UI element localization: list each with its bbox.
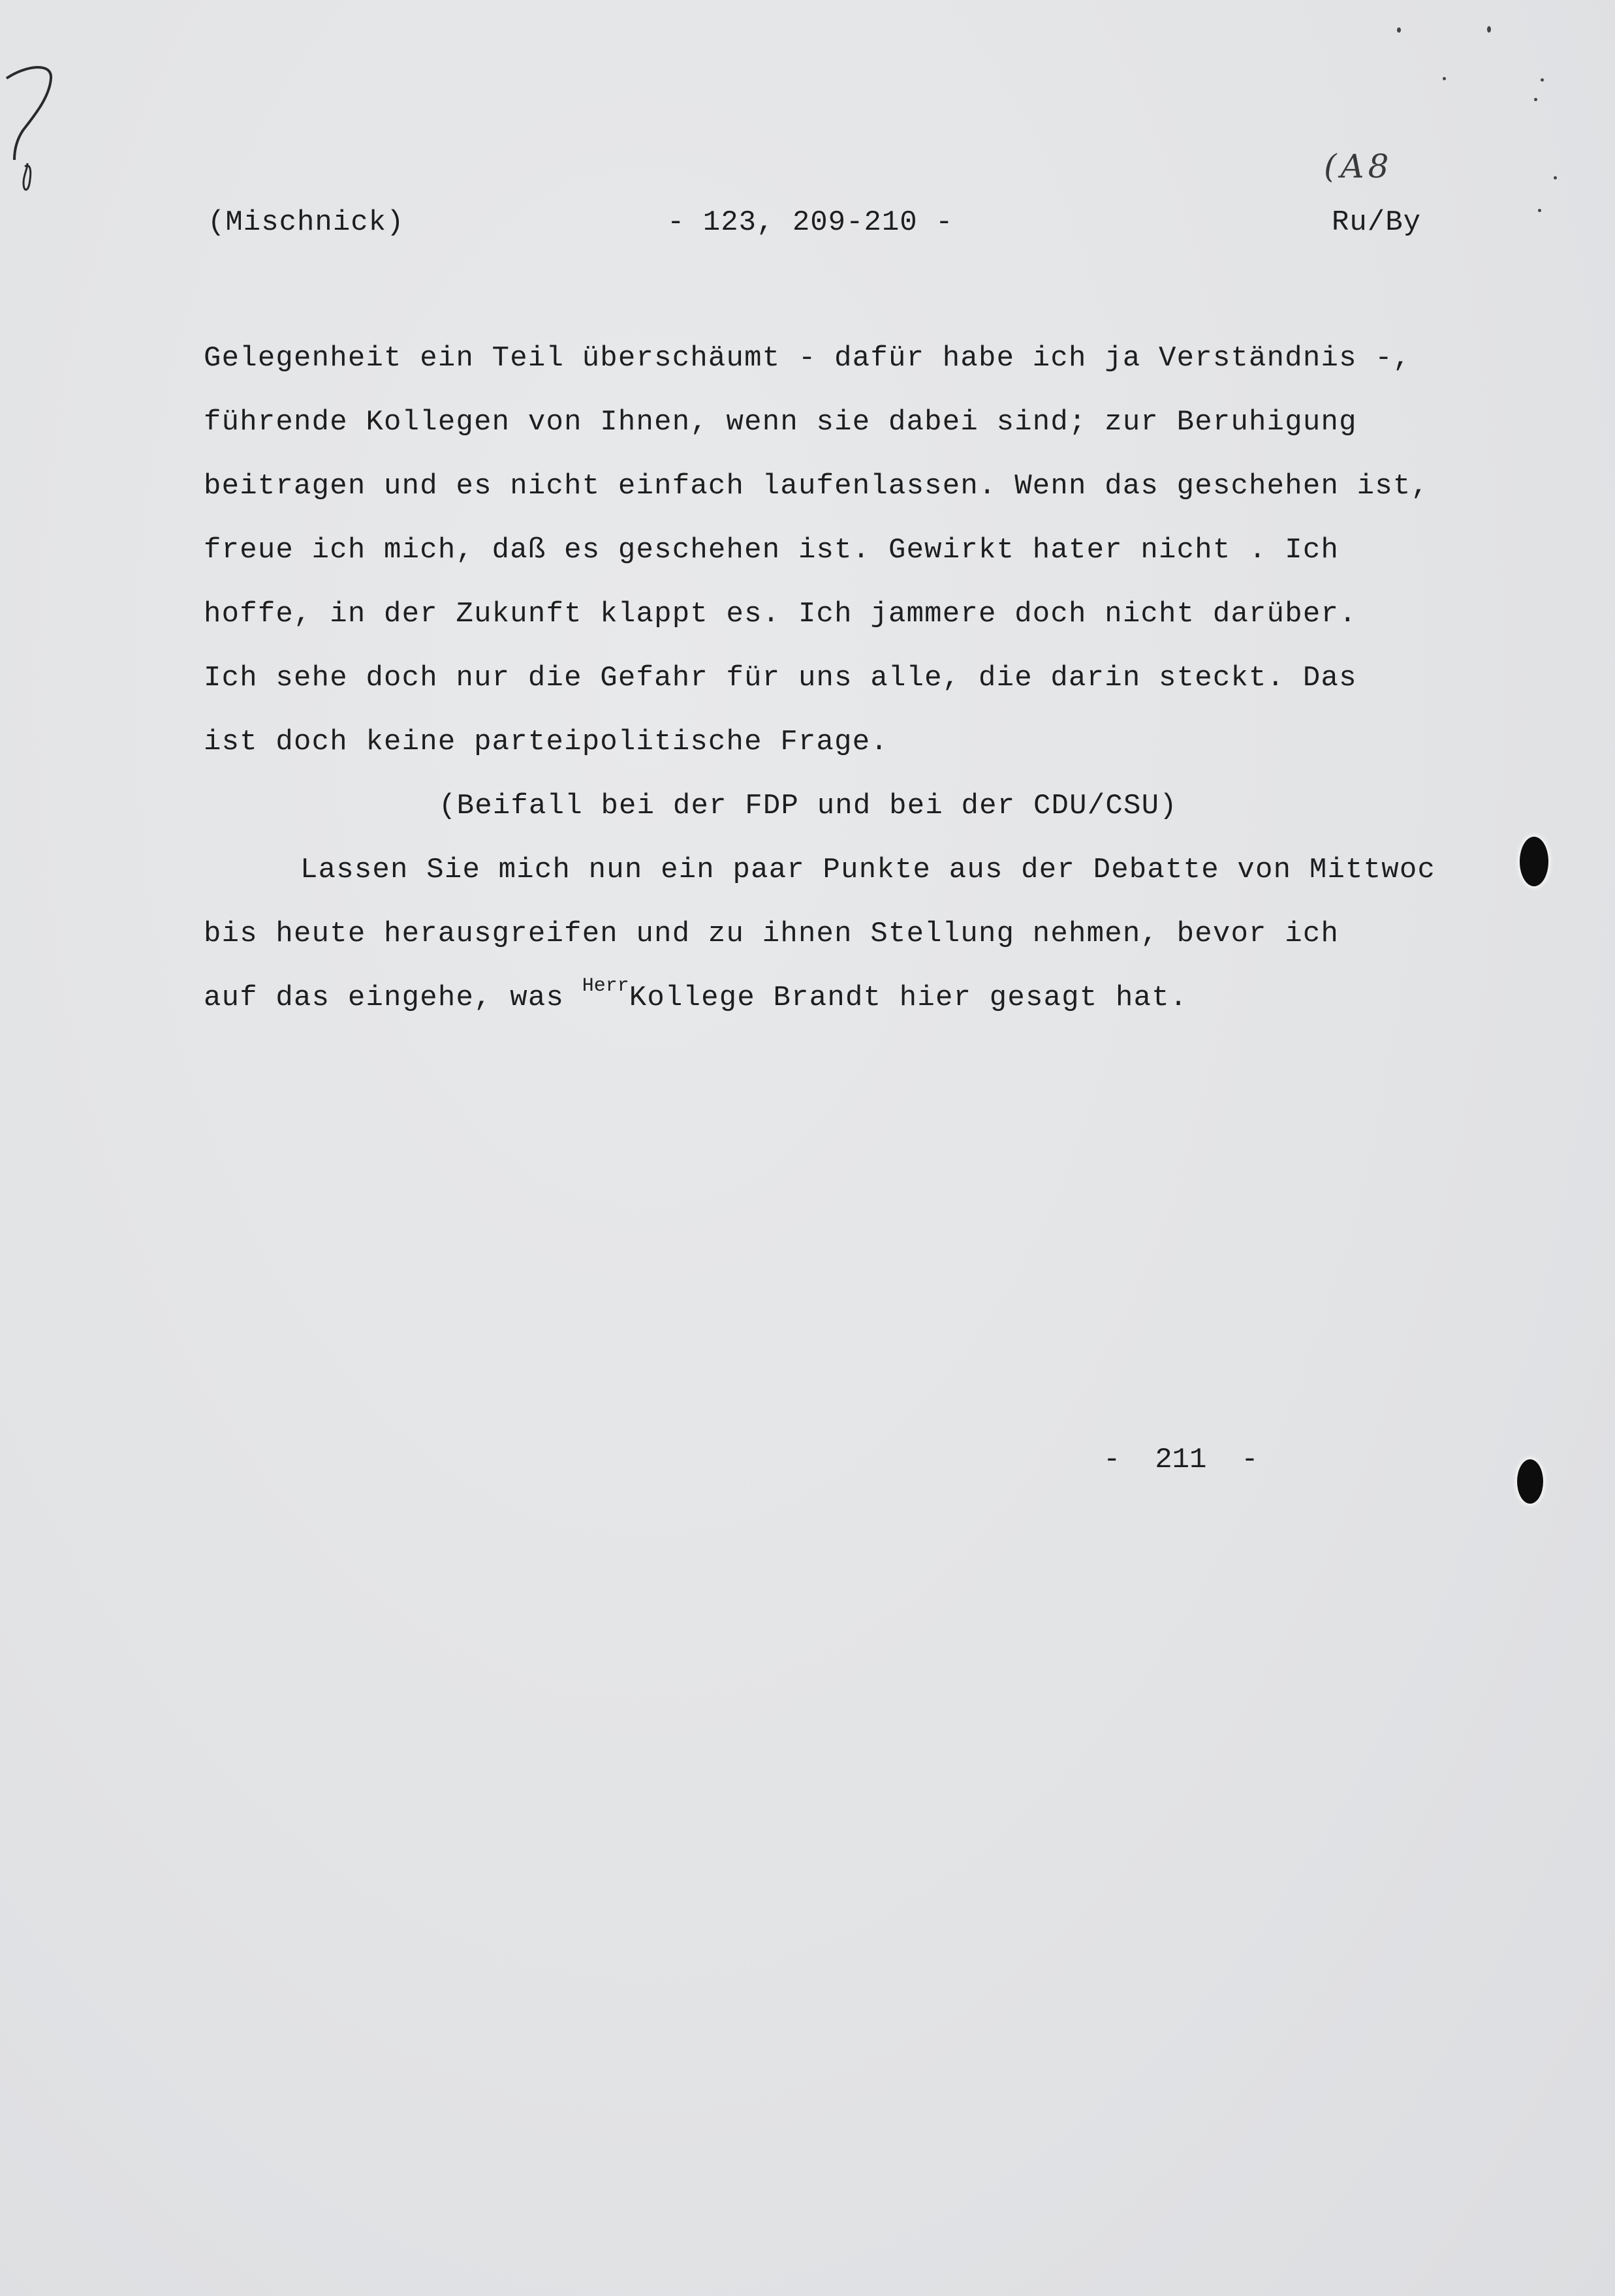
text-line: Ich sehe doch nur die Gefahr für uns all… xyxy=(204,646,1575,710)
speaker-name: (Mischnick) xyxy=(208,206,404,239)
speck xyxy=(1534,98,1537,101)
typist-initials: Ru/By xyxy=(1332,206,1421,239)
superscript-insertion: Herr xyxy=(582,975,629,997)
text-line: hoffe, in der Zukunft klappt es. Ich jam… xyxy=(204,582,1575,646)
punch-hole-icon xyxy=(1520,837,1548,886)
text-line: bis heute herausgreifen und zu ihnen Ste… xyxy=(204,902,1575,966)
text-line: Lassen Sie mich nun ein paar Punkte aus … xyxy=(204,838,1575,902)
text-line: freue ich mich, daß es geschehen ist. Ge… xyxy=(204,518,1575,582)
reference-number: - 123, 209-210 - xyxy=(667,206,953,239)
handwritten-margin-mark-icon xyxy=(0,52,65,196)
body-text: Gelegenheit ein Teil überschäumt - dafür… xyxy=(204,326,1575,1032)
interjection: (Beifall bei der FDP und bei der CDU/CSU… xyxy=(204,774,1575,838)
page-number: - 211 - xyxy=(1103,1444,1259,1476)
speck xyxy=(1538,209,1541,212)
speck xyxy=(1554,176,1557,179)
document-page: (A8 (Mischnick) - 123, 209-210 - Ru/By G… xyxy=(0,0,1615,2296)
text-fragment: auf das eingehe, was xyxy=(204,982,582,1014)
speck xyxy=(1397,27,1401,33)
text-fragment: Kollege Brandt hier gesagt hat. xyxy=(629,982,1188,1014)
text-line: führende Kollegen von Ihnen, wenn sie da… xyxy=(204,390,1575,454)
text-line: ist doch keine parteipolitische Frage. xyxy=(204,710,1575,774)
handwritten-corner-mark: (A8 xyxy=(1324,147,1392,185)
speck xyxy=(1487,26,1491,33)
text-line: beitragen und es nicht einfach laufenlas… xyxy=(204,454,1575,518)
speck xyxy=(1541,78,1544,82)
punch-hole-icon xyxy=(1517,1459,1543,1504)
text-line: Gelegenheit ein Teil überschäumt - dafür… xyxy=(204,326,1575,390)
text-line-last: auf das eingehe, was HerrKollege Brandt … xyxy=(204,966,1575,1032)
speck xyxy=(1443,77,1446,80)
